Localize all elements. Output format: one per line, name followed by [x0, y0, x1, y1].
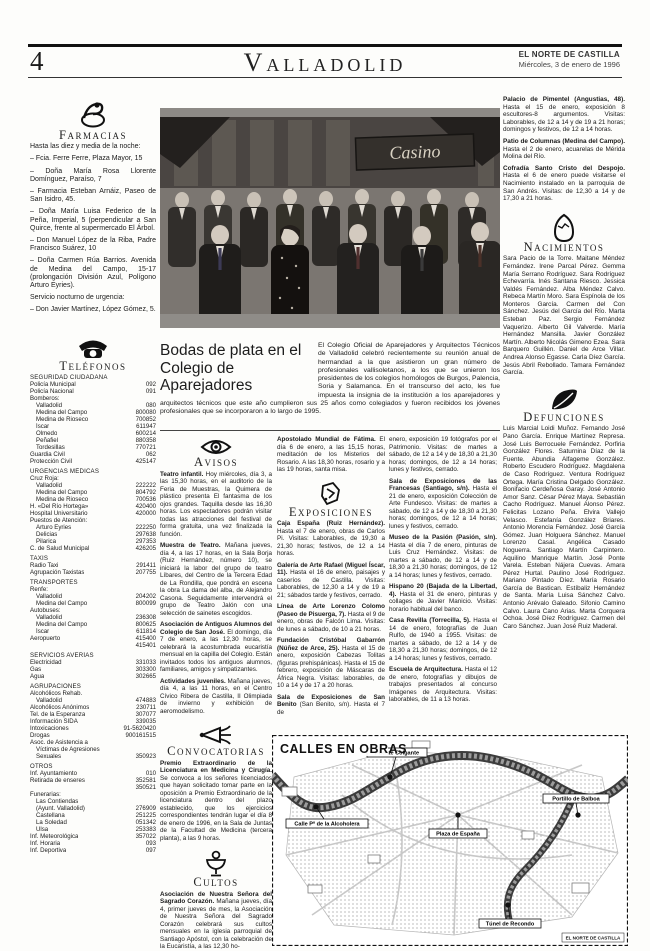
phone-label: Medina del Campo	[36, 621, 87, 628]
svg-text:EL NORTE DE CASTILLA: EL NORTE DE CASTILLA	[566, 936, 621, 941]
phone-label: Inf. Meteorológica	[30, 833, 78, 840]
phone-number	[153, 579, 156, 586]
pharmacy-icon	[76, 98, 110, 130]
cultos-section-head: Cultos	[160, 850, 272, 887]
avisos-section-head: Avisos	[160, 436, 272, 467]
exposicion-item: Casa Revilla (Torrecilla, 5). Hasta el 1…	[389, 617, 497, 662]
phone-number: 097	[143, 847, 156, 854]
phone-number	[153, 746, 156, 753]
exposiciones-section-head: Exposiciones	[277, 480, 385, 517]
phone-row: Retirada de enseres 352581	[30, 777, 156, 784]
exposicion-item: Galería de Arte Rafael (Miguel Íscar, 11…	[277, 562, 385, 600]
phone-number: 230711	[133, 704, 156, 711]
phone-label: Medina del Campo	[36, 409, 87, 416]
phone-row: Urgencias Médicas	[30, 468, 156, 475]
phone-row: Valladolid 204202	[30, 593, 156, 600]
phone-label: Agua	[30, 673, 44, 680]
telefonos-title: Teléfonos	[30, 362, 156, 370]
phone-row: Inf. Ayuntamiento 010	[30, 770, 156, 777]
phone-row: Gas 303300	[30, 666, 156, 673]
phone-row: Medina del Campo 804792	[30, 489, 156, 496]
phone-row: Cruz Roja:	[30, 475, 156, 482]
phone-label: Asoc. de Asistencia a	[30, 739, 88, 746]
svg-text:Plaza de España: Plaza de España	[436, 832, 481, 838]
phone-row: Víctimas de Agresiones	[30, 746, 156, 753]
phone-number: 297638	[133, 531, 156, 538]
story-headline: Bodas de plata en el Colegio de Aparejad…	[160, 342, 318, 395]
phone-number	[153, 690, 156, 697]
exposiciones-list-3: Palacio de Pimentel (Angustias, 48). Has…	[503, 96, 625, 203]
left-column: Farmacias Hasta las diez y media de la n…	[30, 98, 156, 948]
phone-label: Valladolid	[36, 697, 62, 704]
phone-number: 800080	[133, 409, 156, 416]
phone-label: (Ayunt. Valladolid)	[36, 805, 85, 812]
label-plaza-espana: Plaza de España	[429, 829, 487, 838]
phone-label: Sexuales	[36, 753, 61, 760]
phone-row: Protección Civil 425147	[30, 458, 156, 465]
phone-label: Intoxicaciones	[30, 725, 69, 732]
phone-number: 880358	[133, 437, 156, 444]
phone-row: Información SIDA 339035	[30, 718, 156, 725]
phone-number	[153, 586, 156, 593]
chalice-icon	[203, 850, 229, 878]
convocatorias-section-head: Convocatorias	[160, 723, 272, 756]
middle-rule	[160, 430, 500, 431]
phone-row: Inf. Deportiva 097	[30, 847, 156, 854]
exposicion-item: Línea de Arte Lorenzo Colomo (Paseo de P…	[277, 603, 385, 633]
phone-number	[153, 374, 156, 381]
phone-label: Castellana	[36, 812, 65, 819]
phone-label: Radio Taxi	[30, 562, 58, 569]
phone-number: 91-5620420	[120, 725, 156, 732]
phone-label: Valladolid	[36, 402, 62, 409]
phone-label: Inf. Ayuntamiento	[30, 770, 77, 777]
phone-label: Tel. de la Esperanza	[30, 711, 85, 718]
masthead: EL NORTE DE CASTILLA	[519, 50, 620, 60]
phone-row: Policía Nacional 091	[30, 388, 156, 395]
phone-number	[153, 791, 156, 798]
exposicion-item: Escuela de Arquitectura. Hasta el 12 de …	[389, 666, 497, 704]
phone-label: Funerarias:	[30, 791, 61, 798]
pharmacy-item: – Doña María Rosa Llorente Domínguez, Pa…	[30, 168, 156, 184]
nacimientos-section-head: Nacimientos	[503, 213, 625, 252]
convocatorias-list: Premio Extraordinario de la Licenciatura…	[160, 760, 272, 843]
aviso-overflow: Apostolado Mundial de Fátima. El día 6 d…	[277, 436, 385, 474]
phone-number: 420000	[133, 510, 156, 517]
exposiciones-list-2: Sala de Exposiciones de las Francesas (S…	[389, 478, 497, 704]
exposicion-item: Sala de Exposiciones de las Francesas (S…	[389, 478, 497, 531]
phone-label: Transportes	[30, 579, 78, 586]
phone-row: Inf. Horaria 093	[30, 840, 156, 847]
map-title-block: CALLES EN OBRAS	[276, 741, 407, 756]
phone-row: Bomberos:	[30, 395, 156, 402]
phone-row: Aeropuerto 415400	[30, 635, 156, 642]
photo-story: Bodas de plata en el Colegio de Aparejad…	[160, 342, 500, 426]
phone-number: 415400	[133, 635, 156, 642]
phone-row: Inf. Meteorológica 357022	[30, 833, 156, 840]
pharmacy-night-item: – Don Javier Martínez, López Gómez, 5.	[30, 306, 156, 314]
phone-number: 611814	[133, 628, 156, 635]
phone-label: Autobuses:	[30, 607, 61, 614]
telefonos-section: Teléfonos Seguridad Ciudadana Policía Mu…	[30, 337, 156, 854]
defunciones-section-head: Defunciones	[503, 387, 625, 422]
phone-label: Otros	[30, 763, 53, 770]
cultos-title: Cultos	[160, 879, 272, 887]
phone-label: Bomberos:	[30, 395, 59, 402]
phone-row: Electricidad 331033	[30, 659, 156, 666]
phone-number	[153, 395, 156, 402]
phone-number: 415401	[133, 642, 156, 649]
phone-label: Peñafiel	[36, 437, 58, 444]
avisos-title: Avisos	[160, 459, 272, 467]
farmacias-list: – Fcia. Ferre Ferre, Plaza Mayor, 15– Do…	[30, 155, 156, 290]
phone-number: 700536	[133, 496, 156, 503]
phone-number: 770721	[133, 444, 156, 451]
edition-date: Miércoles, 3 de enero de 1996	[519, 60, 620, 70]
phone-number: 350521	[133, 784, 156, 791]
phone-number: 276909	[133, 805, 156, 812]
phone-number: 804792	[133, 489, 156, 496]
phone-label: Puestos de Atención:	[30, 517, 87, 524]
phone-number: 474883	[133, 697, 156, 704]
phone-number: 253383	[133, 826, 156, 833]
phone-row: Tel. de la Esperanza 307077	[30, 711, 156, 718]
phone-row: Drogas 900161515	[30, 732, 156, 739]
phone-row: Alcohólicos Anónimos 230711	[30, 704, 156, 711]
phone-row: Íscar 611947	[30, 423, 156, 430]
phone-label: Inf. Deportiva	[30, 847, 66, 854]
phone-number	[153, 763, 156, 770]
phone-label: Aeropuerto	[30, 635, 60, 642]
svg-text:Calle Pº de la Alcoholera: Calle Pº de la Alcoholera	[294, 822, 360, 828]
phone-row: Medina del Campo 800625	[30, 621, 156, 628]
phone-row: Olmedo 600214	[30, 430, 156, 437]
phone-label: Taxis	[30, 555, 48, 562]
phone-row: Valladolid 222222	[30, 482, 156, 489]
column-avisos: Avisos Teatro infantil. Hoy miércoles, d…	[160, 436, 272, 951]
phone-label: Agrupaciones	[30, 683, 81, 690]
phone-row: C. de Salud Municipal 426205	[30, 545, 156, 552]
phone-number: 700852	[133, 416, 156, 423]
aviso-item: Asociación de Antiguos Alumnos del Coleg…	[160, 621, 272, 674]
defunciones-names: Luis Marcial Loidi Muñoz. Fernando José …	[503, 425, 625, 630]
roadworks-map: Puente Colgante Calle Pº de la Alcoholer…	[272, 735, 628, 946]
phone-label: Retirada de enseres	[30, 777, 85, 784]
phone-number: 093	[143, 840, 156, 847]
phone-number: 800099	[133, 600, 156, 607]
exposicion-item: Sala de Exposiciones de San Benito (San …	[277, 694, 385, 717]
nacimientos-title: Nacimientos	[503, 244, 625, 252]
phone-label: Renfe:	[30, 586, 48, 593]
phone-number: 302665	[133, 673, 156, 680]
phone-number: 236308	[133, 614, 156, 621]
phone-number: 010	[143, 770, 156, 777]
phone-row: 415401	[30, 642, 156, 649]
phone-row: (Ayunt. Valladolid) 276909	[30, 805, 156, 812]
phone-row: Agrupaciones	[30, 683, 156, 690]
phone-label: Víctimas de Agresiones	[36, 746, 100, 753]
leaf-icon	[549, 387, 579, 413]
phone-number: 291411	[133, 562, 156, 569]
convocatorias-title: Convocatorias	[160, 748, 272, 756]
label-tunel-recondo: Túnel de Recondo	[479, 919, 541, 928]
phone-row: Castellana 251225	[30, 812, 156, 819]
phone-label: Gas	[30, 666, 41, 673]
phone-number: 051342	[133, 819, 156, 826]
aviso-item: Muestra de Teatro. Mañana jueves, día 4,…	[160, 542, 272, 617]
phone-label: Pilarica	[36, 538, 56, 545]
phone-number: 350923	[133, 753, 156, 760]
farmacias-night-intro: Servicio nocturno de urgencia:	[30, 294, 156, 302]
palette-icon	[317, 480, 345, 508]
phone-row: Medina del Campo 800080	[30, 409, 156, 416]
phone-row: Intoxicaciones 91-5620420	[30, 725, 156, 732]
phone-number	[153, 555, 156, 562]
phone-row: Valladolid 236308	[30, 614, 156, 621]
phone-row: Servicios Averías	[30, 652, 156, 659]
phone-number: 331033	[133, 659, 156, 666]
phone-number	[153, 739, 156, 746]
phone-row: Radio Taxi 291411	[30, 562, 156, 569]
convocatoria-item: Premio Extraordinario de la Licenciatura…	[160, 760, 272, 843]
exposicion-continuation: enero, exposición 19 fotógrafos por el P…	[389, 436, 497, 474]
farmacias-intro: Hasta las diez y media de la noche:	[30, 143, 156, 151]
phone-label: Información SIDA	[30, 718, 78, 725]
exposiciones-title: Exposiciones	[277, 509, 385, 517]
avisos-list: Teatro infantil. Hoy miércoles, día 3, a…	[160, 471, 272, 716]
phone-label: Ulsa	[36, 826, 48, 833]
phone-label: Delicias	[36, 531, 57, 538]
phone-number: 091	[143, 388, 156, 395]
pharmacy-item: – Fcia. Ferre Ferre, Plaza Mayor, 15	[30, 155, 156, 163]
phone-number: 600214	[133, 430, 156, 437]
phone-label: Valladolid	[36, 482, 62, 489]
farmacias-section-head: Farmacias	[30, 98, 156, 139]
phone-row: Seguridad Ciudadana	[30, 374, 156, 381]
phone-row: Arturo Eyries 222250	[30, 524, 156, 531]
group-photo-illustration: Casino	[160, 108, 500, 328]
roadworks-map-illustration: Puente Colgante Calle Pº de la Alcoholer…	[272, 735, 628, 946]
phone-number: 611947	[133, 423, 156, 430]
phone-label: Tordesillas	[36, 444, 65, 451]
phone-row: Alcohólicos Rehab.	[30, 690, 156, 697]
phone-row: Renfe:	[30, 586, 156, 593]
newspaper-page: 4 Valladolid EL NORTE DE CASTILLA Miérco…	[0, 0, 650, 951]
exposicion-item: Patio de Columnas (Medina del Campo). Ha…	[503, 138, 625, 161]
phone-label: Las Contiendas	[36, 798, 78, 805]
exposicion-item: Palacio de Pimentel (Angustias, 48). Has…	[503, 96, 625, 134]
phone-label: Alcohólicos Rehab.	[30, 690, 82, 697]
phone-label: Agrupación Taxistas	[30, 569, 84, 576]
phone-row: Medina del Campo 800099	[30, 600, 156, 607]
phone-row: Sexuales 350923	[30, 753, 156, 760]
telefonos-section-head: Teléfonos	[30, 337, 156, 370]
egg-icon	[552, 213, 576, 243]
phone-label: Íscar	[36, 628, 49, 635]
phone-label: Olmedo	[36, 430, 57, 437]
phone-label: Electricidad	[30, 659, 62, 666]
cultos-list: Asociación de Nuestra Señora del Sagrado…	[160, 891, 272, 951]
label-calle-alcoholera: Calle Pº de la Alcoholera	[286, 819, 368, 828]
phone-row: Agua 302665	[30, 673, 156, 680]
casino-sign: Casino	[355, 134, 474, 170]
phone-label: Policía Municipal	[30, 381, 76, 388]
phone-number: 222250	[133, 524, 156, 531]
phone-number	[153, 607, 156, 614]
phone-row: Las Contiendas	[30, 798, 156, 805]
exposicion-item: Caja España (Ruiz Hernández). Hasta el 7…	[277, 520, 385, 558]
label-portillo-balboa: Portillo de Balboa	[543, 794, 609, 803]
phone-row: La Soledad 051342	[30, 819, 156, 826]
phone-label: Medina del Campo	[36, 489, 87, 496]
phone-label: Medina de Rioseco	[36, 496, 88, 503]
phone-number: 425147	[133, 458, 156, 465]
phone-label: Policía Nacional	[30, 388, 74, 395]
phone-number: 204202	[133, 593, 156, 600]
phone-label: Guardia Civil	[30, 451, 65, 458]
phone-label: Valladolid	[36, 593, 62, 600]
nacimientos-names: Sara Pacio de la Torre. Maitane Méndez F…	[503, 255, 625, 377]
phone-row: Taxis	[30, 555, 156, 562]
phone-row: Guardia Civil 062	[30, 451, 156, 458]
phone-number: 251225	[133, 812, 156, 819]
phone-label: Valladolid	[36, 614, 62, 621]
phone-number: 900161515	[122, 732, 156, 739]
phone-row: Íscar 611814	[30, 628, 156, 635]
phone-number: 297353	[133, 538, 156, 545]
phone-number: 062	[143, 451, 156, 458]
phone-row: Funerarias:	[30, 791, 156, 798]
pharmacy-item: – Doña María Luisa Federico de la Peña, …	[30, 208, 156, 233]
phone-number: 307077	[133, 711, 156, 718]
phone-number	[153, 475, 156, 482]
phone-number: 339035	[133, 718, 156, 725]
phone-number: 426205	[133, 545, 156, 552]
phone-label: Seguridad Ciudadana	[30, 374, 108, 381]
phone-number: 080	[143, 402, 156, 409]
phone-row: Hospital Universitario 420000	[30, 510, 156, 517]
phone-number: 800625	[133, 621, 156, 628]
phone-row: Policía Municipal 092	[30, 381, 156, 388]
phone-row: Otros	[30, 763, 156, 770]
phone-label: Arturo Eyries	[36, 524, 71, 531]
phone-row: Medina de Rioseco 700852	[30, 416, 156, 423]
aviso-item: Teatro infantil. Hoy miércoles, día 3, a…	[160, 471, 272, 539]
phone-row: Valladolid 080	[30, 402, 156, 409]
exposicion-item: Hispano 20 (Bajada de la Libertad, 4). H…	[389, 583, 497, 613]
phone-row: Transportes	[30, 579, 156, 586]
defunciones-title: Defunciones	[503, 414, 625, 422]
group-photo: Casino	[160, 108, 500, 328]
phone-row: Tordesillas 770721	[30, 444, 156, 451]
phone-number: 420400	[133, 503, 156, 510]
pharmacy-item: – Don Manuel López de la Riba, Padre Fra…	[30, 237, 156, 253]
farmacias-title: Farmacias	[30, 131, 156, 139]
phone-row: Valladolid 474883	[30, 697, 156, 704]
phone-number: 207755	[133, 569, 156, 576]
phone-label: Urgencias Médicas	[30, 468, 99, 475]
phone-label: H. «Del Río Hortega»	[30, 503, 88, 510]
column-exposiciones-2: enero, exposición 19 fotógrafos por el P…	[389, 436, 497, 732]
culto-item: Asociación de Nuestra Señora del Sagrado…	[160, 891, 272, 951]
phone-row: Puestos de Atención:	[30, 517, 156, 524]
exposiciones-list-1: Caja España (Ruiz Hernández). Hasta el 7…	[277, 520, 385, 716]
svg-text:Túnel de Recondo: Túnel de Recondo	[486, 922, 535, 928]
pharmacy-item: – Farmacia Esteban Arnáiz, Paseo de San …	[30, 188, 156, 204]
phone-number: 357022	[133, 833, 156, 840]
exposicion-item: Fundación Cristóbal Gabarrón (Núñez de A…	[277, 637, 385, 690]
phone-label: Íscar	[36, 423, 49, 430]
phone-label: C. de Salud Municipal	[30, 545, 89, 552]
phone-row: Pilarica 297353	[30, 538, 156, 545]
phone-label: Drogas	[30, 732, 50, 739]
header-top-rule	[28, 44, 622, 47]
header-sub-rule	[28, 77, 622, 78]
phone-row: Agrupación Taxistas 207755	[30, 569, 156, 576]
svg-text:Casino: Casino	[389, 141, 441, 163]
phone-row: H. «Del Río Hortega» 420400	[30, 503, 156, 510]
svg-text:Portillo de Balboa: Portillo de Balboa	[552, 797, 600, 803]
phone-row: Asoc. de Asistencia a	[30, 739, 156, 746]
telephone-icon	[75, 337, 111, 361]
phone-label: Hospital Universitario	[30, 510, 88, 517]
phone-number: 222222	[133, 482, 156, 489]
phone-number: 303300	[133, 666, 156, 673]
phone-number	[153, 517, 156, 524]
exposicion-item: Cofradía Santo Cristo del Despojo. Hasta…	[503, 165, 625, 203]
phone-label: Servicios Averías	[30, 652, 94, 659]
phone-number: 352581	[133, 777, 156, 784]
phone-number	[153, 468, 156, 475]
phone-label: La Soledad	[36, 819, 67, 826]
map-title: CALLES EN OBRAS	[280, 742, 407, 756]
phone-label: Cruz Roja:	[30, 475, 59, 482]
phone-row: Peñafiel 880358	[30, 437, 156, 444]
phone-number	[153, 798, 156, 805]
exposicion-item: Museo de la Pasión (Pasión, s/n). Hasta …	[389, 534, 497, 579]
phone-label: Medina de Rioseco	[36, 416, 88, 423]
phone-row: 350521	[30, 784, 156, 791]
pharmacy-item: – Doña Carmen Rúa Barrios. Avenida de Me…	[30, 257, 156, 290]
phone-number	[153, 683, 156, 690]
phone-row: Autobuses:	[30, 607, 156, 614]
phone-number: 092	[143, 381, 156, 388]
masthead-block: EL NORTE DE CASTILLA Miércoles, 3 de ene…	[519, 50, 620, 70]
telefonos-list: Seguridad Ciudadana Policía Municipal 09…	[30, 374, 156, 854]
phone-label: Protección Civil	[30, 458, 72, 465]
phone-label: Inf. Horaria	[30, 840, 60, 847]
phone-row: Medina de Rioseco 700536	[30, 496, 156, 503]
aviso-item: Actividades juveniles. Mañana jueves, dí…	[160, 678, 272, 716]
phone-row: Ulsa 253383	[30, 826, 156, 833]
phone-number	[153, 652, 156, 659]
phone-label: Alcohólicos Anónimos	[30, 704, 89, 711]
map-credit: EL NORTE DE CASTILLA	[562, 933, 624, 942]
phone-row: Delicias 297638	[30, 531, 156, 538]
column-exposiciones-1: Apostolado Mundial de Fátima. El día 6 d…	[277, 436, 385, 732]
phone-label: Medina del Campo	[36, 600, 87, 607]
